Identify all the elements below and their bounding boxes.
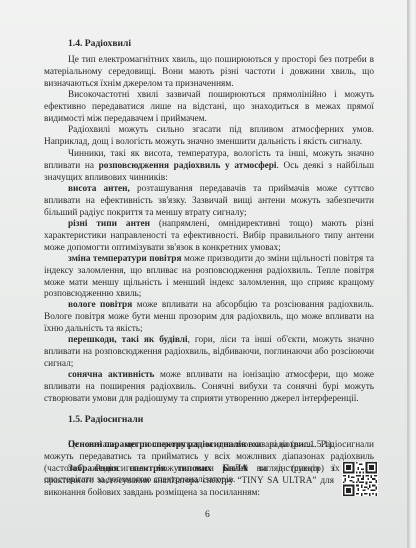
section-heading-1-4: 1.4. Радіохвилі bbox=[44, 38, 131, 50]
factor-humidity: вологе повітря може впливати на абсорбці… bbox=[44, 300, 374, 335]
uav-spectra-bold: Зображення спектрів типових БпЛА bbox=[68, 464, 248, 474]
page-number: 6 bbox=[205, 510, 210, 520]
paragraph-spectrum-parameters: Основні параметри спектру радіосигналів … bbox=[44, 440, 374, 452]
factor-term: вологе повітря bbox=[68, 300, 132, 310]
factor-antenna-types: різні типи антен (напрямлені, омнідирект… bbox=[44, 219, 374, 254]
factor-term: різні типи антен bbox=[68, 219, 150, 229]
paragraph-radiowaves-definition: Це тип електромагнітних хвиль, що поширю… bbox=[44, 55, 374, 90]
factor-solar-activity: сонячна активність може впливати на іоні… bbox=[44, 370, 374, 405]
paragraph-uav-spectra-link: Зображення спектрів типових БпЛА та інст… bbox=[44, 464, 334, 499]
factor-temperature: зміна температури повітря може призводит… bbox=[44, 254, 374, 301]
spectrum-parameters-bold: Основні параметри спектру радіосигналів bbox=[68, 440, 246, 450]
factor-obstacles: перешкоди, такі як будівлі, гори, ліси т… bbox=[44, 335, 374, 370]
factor-antenna-height: висота антен, розташування передавачів т… bbox=[44, 184, 374, 219]
section-heading-1-5: 1.5. Радіосигнали bbox=[44, 414, 143, 426]
factors-intro-bold: розповсюдження радіохвиль у атмосфері bbox=[99, 161, 277, 171]
paragraph-factors-intro: Чинники, такі як висота, температура, во… bbox=[44, 149, 374, 184]
paragraph-high-frequency: Високочастотні хвилі зазвичай поширюютьс… bbox=[44, 90, 374, 125]
factor-term: перешкоди, такі як будівлі bbox=[68, 335, 188, 345]
factor-term: висота антен, bbox=[68, 184, 130, 194]
factor-term: сонячна активність bbox=[68, 370, 154, 380]
spectrum-parameters-text: вказані на (рис.1.5.1). bbox=[246, 440, 334, 450]
qr-code-icon bbox=[342, 462, 378, 496]
page-edge bbox=[409, 0, 416, 548]
paragraph-attenuation: Радіохвилі можуть сильно згасати під впл… bbox=[44, 125, 374, 149]
qr-code[interactable] bbox=[342, 462, 378, 496]
factor-term: зміна температури повітря bbox=[68, 254, 181, 264]
